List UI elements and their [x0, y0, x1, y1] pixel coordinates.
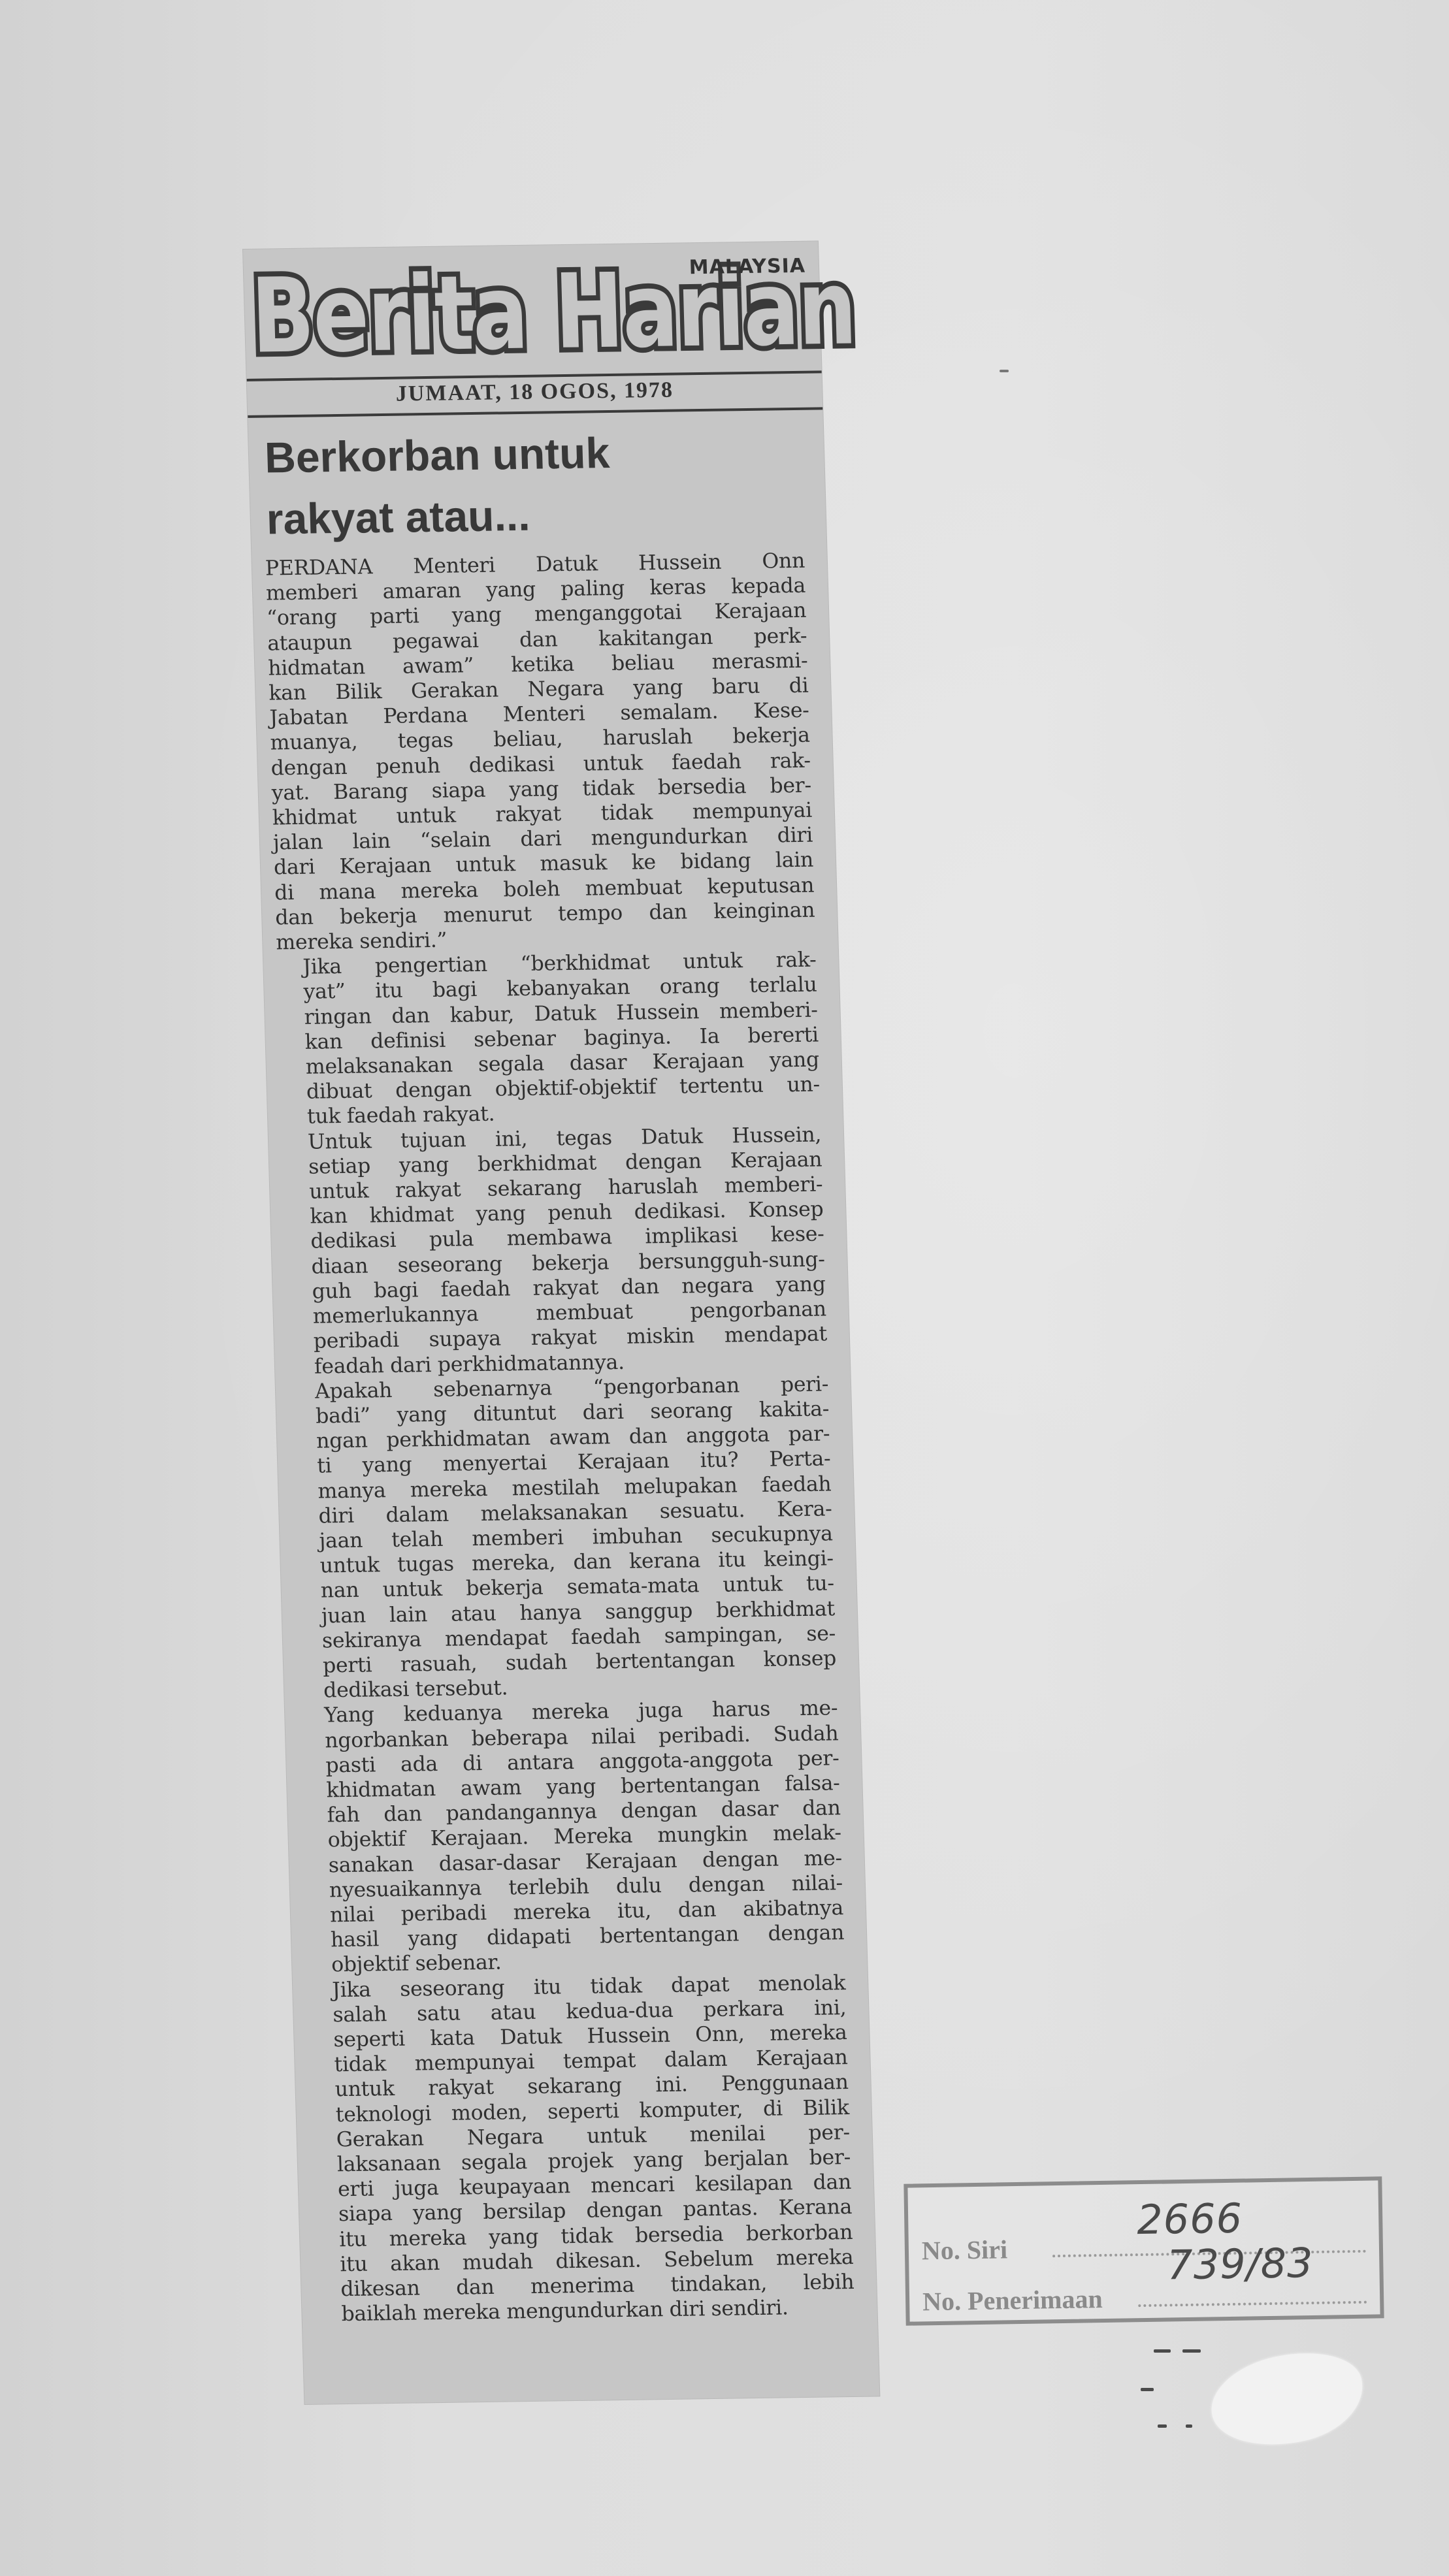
serial-label: No. Siri [922, 2234, 1008, 2266]
receipt-label: No. Penerimaan [922, 2283, 1103, 2317]
headline-line: rakyat atau... [265, 481, 816, 550]
ink-mark [1141, 2388, 1154, 2391]
ink-mark [1158, 2424, 1167, 2428]
receipt-number-handwritten: 739/83 [1167, 2239, 1314, 2289]
article-paragraph: Jika pengertian “berkhidmat untuk rak-ya… [276, 948, 821, 1130]
article-paragraph: Yang keduanya mereka juga harus me-ngorb… [298, 1696, 845, 1978]
archive-stamp: No. Siri 2666 No. Penerimaan 739/83 [904, 2176, 1384, 2325]
ink-mark [1186, 2424, 1192, 2428]
ink-mark [1154, 2349, 1171, 2353]
stamp-receipt-row: No. Penerimaan 739/83 [922, 2271, 1367, 2317]
divider-rule [248, 407, 822, 418]
headline-line: Berkorban untuk [264, 419, 815, 489]
ink-mark [1000, 370, 1009, 372]
article-paragraph: PERDANA Menteri Datuk Hussein Onnmemberi… [265, 549, 815, 956]
article-body: PERDANA Menteri Datuk Hussein Onnmemberi… [265, 549, 855, 2327]
dateline: JUMAAT, 18 OGOS, 1978 [247, 376, 822, 409]
article-paragraph: Apakah sebenarnya “pengorbanan peri-badi… [289, 1372, 838, 1703]
masthead-country: MALAYSIA [689, 255, 806, 280]
article-paragraph: Untuk tujuan ini, tegas Datuk Hussein,se… [282, 1122, 828, 1379]
newspaper-clipping: Berita Harian MALAYSIA JUMAAT, 18 OGOS, … [243, 241, 879, 2404]
serial-number-handwritten: 2666 [1137, 2195, 1243, 2244]
article-paragraph: Jika seseorang itu tidak dapat menolaksa… [306, 1971, 855, 2328]
ink-mark [1182, 2349, 1201, 2353]
masthead: Berita Harian MALAYSIA [250, 246, 816, 371]
headline: Berkorban untuk rakyat atau... [264, 419, 816, 550]
dotted-line [1138, 2301, 1367, 2307]
